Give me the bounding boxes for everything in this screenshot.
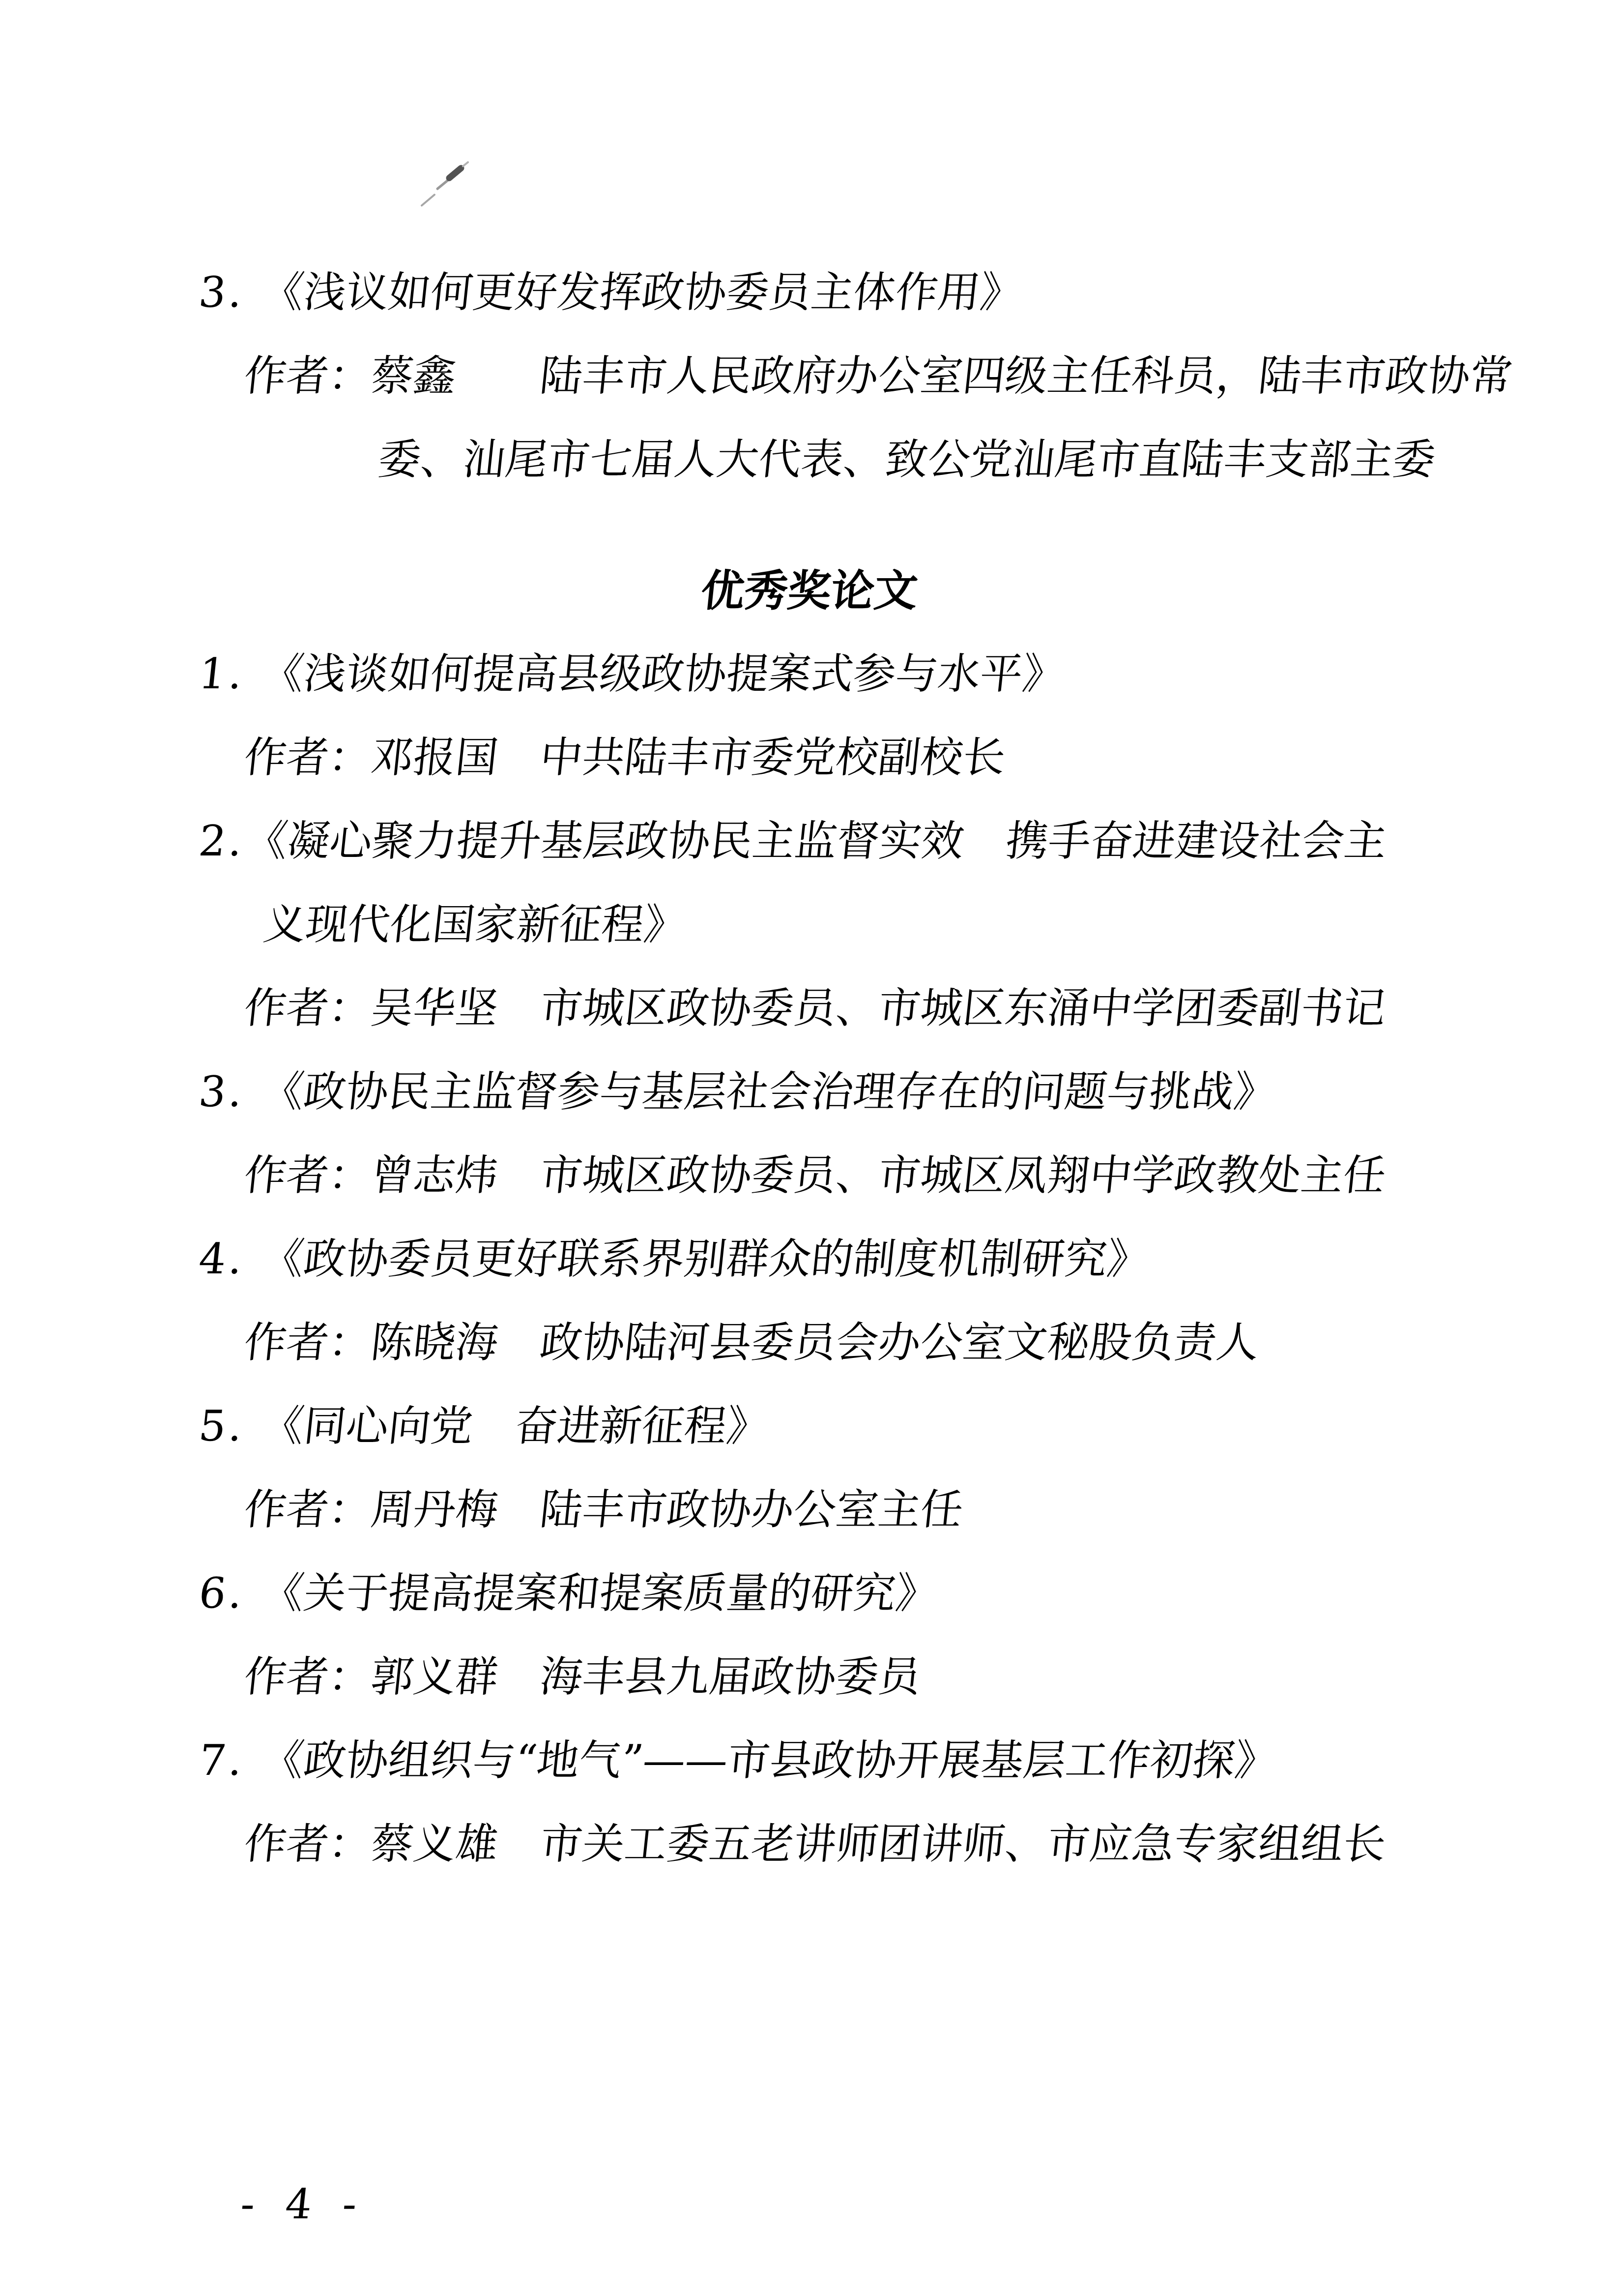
author-line: 作者：周丹梅 陆丰市政协办公室主任 (0, 1468, 1619, 1552)
list-item-title: 5. 《同心向党 奋进新征程》 (0, 1384, 1619, 1468)
list-item-title: 4. 《政协委员更好联系界别群众的制度机制研究》 (0, 1217, 1619, 1301)
section-heading: 优秀奖论文 (0, 549, 1619, 632)
item-number: 4. (197, 1235, 264, 1284)
author-line: 作者：吴华坚 市城区政协委员、市城区东涌中学团委副书记 (0, 967, 1619, 1050)
item-number: 7. (197, 1736, 264, 1785)
item-title: 《政协委员更好联系界别群众的制度机制研究》 (259, 1235, 1152, 1284)
item-title: 《政协民主监督参与基层社会治理存在的问题与挑战》 (259, 1067, 1279, 1117)
author-line-continued: 委、汕尾市七届人大代表、致公党汕尾市直陆丰支部主委 (0, 418, 1619, 501)
author-line: 作者：郭义群 海丰县九届政协委员 (0, 1635, 1619, 1719)
item-number: 2. (197, 817, 248, 866)
item-title: 《浅议如何更好发挥政协委员主体作用》 (259, 268, 1025, 317)
author-line: 作者：曾志炜 市城区政协委员、市城区凤翔中学政教处主任 (0, 1134, 1619, 1217)
item-title: 《浅谈如何提高县级政协提案式参与水平》 (259, 649, 1068, 699)
item-title-continued: 义现代化国家新征程》 (0, 883, 1619, 967)
list-item-title: 7. 《政协组织与“地气”——市县政协开展基层工作初探》 (0, 1719, 1619, 1802)
list-item-title: 3. 《政协民主监督参与基层社会治理存在的问题与挑战》 (0, 1050, 1619, 1134)
item-number: 1. (197, 649, 264, 699)
list-item-title: 6. 《关于提高提案和提案质量的研究》 (0, 1552, 1619, 1635)
item-title: 《凝心聚力提升基层政协民主监督实效 携手奋进建设社会主 (243, 817, 1389, 866)
page-number: - 4 - (236, 2162, 370, 2246)
item-title: 《同心向党 奋进新征程》 (259, 1402, 772, 1451)
author-line: 作者：陈晓海 政协陆河县委员会办公室文秘股负责人 (0, 1301, 1619, 1384)
list-item-title: 3. 《浅议如何更好发挥政协委员主体作用》 (0, 251, 1619, 334)
item-number: 3. (197, 1067, 264, 1117)
item-number: 3. (197, 268, 264, 317)
list-item-title: 1. 《浅谈如何提高县级政协提案式参与水平》 (0, 632, 1619, 716)
author-line: 作者：蔡鑫 陆丰市人民政府办公室四级主任科员，陆丰市政协常 (0, 334, 1619, 418)
author-line: 作者：蔡义雄 市关工委五老讲师团讲师、市应急专家组组长 (0, 1802, 1619, 1886)
item-number: 5. (197, 1402, 264, 1451)
item-title: 《关于提高提案和提案质量的研究》 (259, 1569, 941, 1618)
document-body: 3. 《浅议如何更好发挥政协委员主体作用》 作者：蔡鑫 陆丰市人民政府办公室四级… (0, 0, 1619, 1886)
list-item-title: 2.《凝心聚力提升基层政协民主监督实效 携手奋进建设社会主 (0, 799, 1619, 883)
author-line: 作者：邓报国 中共陆丰市委党校副校长 (0, 716, 1619, 799)
document-page: 3. 《浅议如何更好发挥政协委员主体作用》 作者：蔡鑫 陆丰市人民政府办公室四级… (0, 0, 1619, 2296)
item-number: 6. (197, 1569, 264, 1618)
item-title: 《政协组织与“地气”——市县政协开展基层工作初探》 (259, 1736, 1279, 1785)
